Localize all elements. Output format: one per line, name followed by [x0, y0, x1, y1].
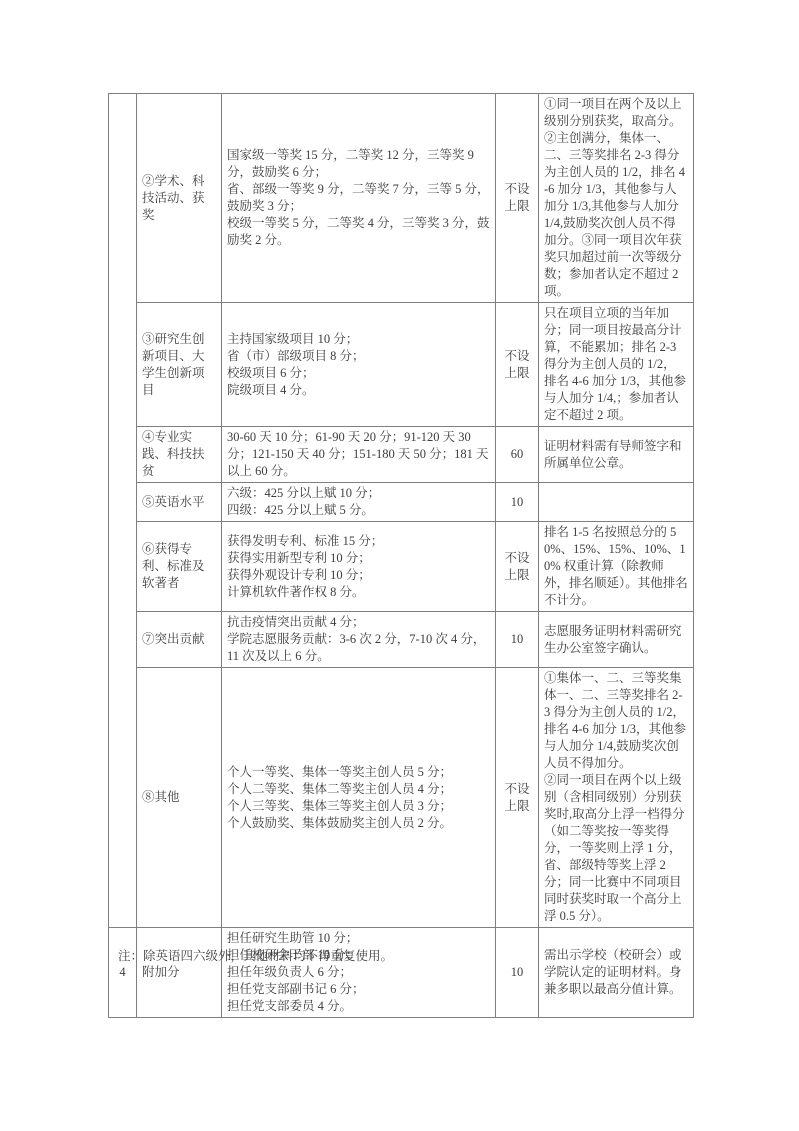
table-row: ⑧其他 个人一等奖、集体一等奖主创人员 5 分； 个人二等奖、集体二等奖主创人员…	[109, 668, 694, 928]
notes-cell: 志愿服务证明材料需研究生办公室签字确认。	[539, 612, 694, 668]
notes-cell	[539, 483, 694, 522]
notes-cell: ①集体一、二、三等奖集体一、二、三等奖排名 2-3 得分为主创人员的 1/2，排…	[539, 668, 694, 928]
document-page: ②学术、科技活动、获奖 国家级一等奖 15 分，二等奖 12 分，三等奖 9 分…	[0, 0, 799, 1131]
table-row: ⑥获得专利、标准及软著者 获得发明专利、标准 15 分； 获得实用新型专利 10…	[109, 522, 694, 612]
details-cell: 获得发明专利、标准 15 分； 获得实用新型专利 10 分； 获得外观设计专利 …	[222, 522, 496, 612]
details-cell: 主持国家级项目 10 分； 省（市）部级项目 8 分； 校级项目 6 分； 院级…	[222, 303, 496, 427]
notes-cell: ①同一项目在两个及以上级别分别获奖，取高分。②主创满分，集体一、二、三等奖排名 …	[539, 94, 694, 303]
limit-cell: 60	[496, 427, 539, 483]
details-cell: 抗击疫情突出贡献 4 分； 学院志愿服务贡献：3-6 次 2 分，7-10 次 …	[222, 612, 496, 668]
category-cell: 附加分	[137, 928, 222, 1018]
notes-cell: 排名 1-5 名按照总分的 50%、15%、15%、10%、10% 权重计算（除…	[539, 522, 694, 612]
table-row: ②学术、科技活动、获奖 国家级一等奖 15 分，二等奖 12 分，三等奖 9 分…	[109, 94, 694, 303]
limit-cell: 不设上限	[496, 522, 539, 612]
details-cell: 担任研究生助管 10 分； 担任校研会干部 10 分； 担任年级负责人 6 分；…	[222, 928, 496, 1018]
score-criteria-table: ②学术、科技活动、获奖 国家级一等奖 15 分，二等奖 12 分，三等奖 9 分…	[108, 93, 694, 1018]
category-cell: ⑤英语水平	[137, 483, 222, 522]
category-cell: ⑥获得专利、标准及软著者	[137, 522, 222, 612]
table-row: ⑦突出贡献 抗击疫情突出贡献 4 分； 学院志愿服务贡献：3-6 次 2 分，7…	[109, 612, 694, 668]
details-cell: 六级：425 分以上赋 10 分； 四级：425 分以上赋 5 分。	[222, 483, 496, 522]
details-cell: 国家级一等奖 15 分，二等奖 12 分，三等奖 9 分，鼓励奖 6 分； 省、…	[222, 94, 496, 303]
table-row: 4 附加分 担任研究生助管 10 分； 担任校研会干部 10 分； 担任年级负责…	[109, 928, 694, 1018]
details-cell: 个人一等奖、集体一等奖主创人员 5 分； 个人二等奖、集体二等奖主创人员 4 分…	[222, 668, 496, 928]
seq-cell: 4	[109, 928, 137, 1018]
category-cell: ②学术、科技活动、获奖	[137, 94, 222, 303]
footer-note: 注：除英语四六级外，其他材料均不得重复使用。	[118, 948, 393, 965]
limit-cell: 10	[496, 483, 539, 522]
table-row: ④专业实践、科技扶贫 30-60 天 10 分；61-90 天 20 分；91-…	[109, 427, 694, 483]
limit-cell: 不设上限	[496, 94, 539, 303]
limit-cell: 不设上限	[496, 668, 539, 928]
notes-cell: 只在项目立项的当年加分；同一项目按最高分计算，不能累加；排名 2-3 得分为主创…	[539, 303, 694, 427]
table-row: ⑤英语水平 六级：425 分以上赋 10 分； 四级：425 分以上赋 5 分。…	[109, 483, 694, 522]
seq-cell-merged	[109, 94, 137, 928]
notes-cell: 证明材料需有导师签字和所属单位公章。	[539, 427, 694, 483]
limit-cell: 不设上限	[496, 303, 539, 427]
category-cell: ④专业实践、科技扶贫	[137, 427, 222, 483]
category-cell: ③研究生创新项目、大学生创新项目	[137, 303, 222, 427]
details-cell: 30-60 天 10 分；61-90 天 20 分；91-120 天 30 分；…	[222, 427, 496, 483]
category-cell: ⑦突出贡献	[137, 612, 222, 668]
table-row: ③研究生创新项目、大学生创新项目 主持国家级项目 10 分； 省（市）部级项目 …	[109, 303, 694, 427]
notes-cell: 需出示学校（校研会）或学院认定的证明材料。身兼多职以最高分值计算。	[539, 928, 694, 1018]
limit-cell: 10	[496, 612, 539, 668]
limit-cell: 10	[496, 928, 539, 1018]
category-cell: ⑧其他	[137, 668, 222, 928]
